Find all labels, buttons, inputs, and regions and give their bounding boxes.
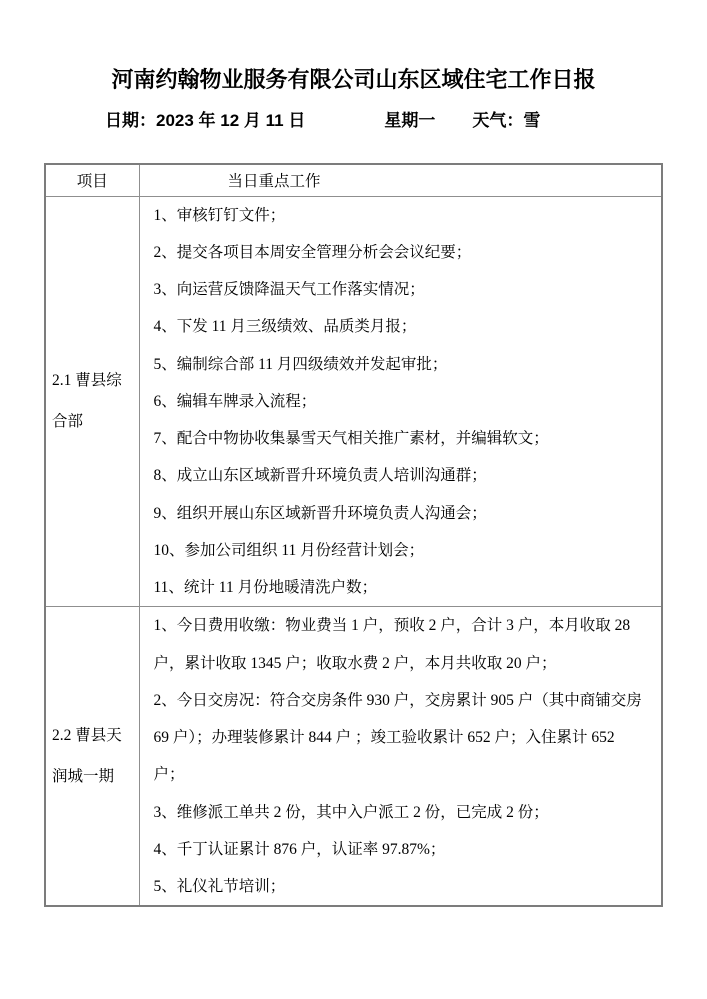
table-header-row: 项目 当日重点工作 [45, 164, 662, 196]
work-item: 2、提交各项目本周安全管理分析会会议纪要； [154, 234, 650, 271]
work-cell: 1、今日费用收缴：物业费当 1 户，预收 2 户，合计 3 户，本月收取 28 … [139, 607, 662, 907]
date-line: 日期：2023 年 12 月 11 日星期一天气：雪 [105, 109, 707, 133]
project-cell: 2.2 曹县天润城一期 [45, 607, 139, 907]
work-item: 4、下发 11 月三级绩效、品质类月报； [154, 308, 650, 345]
daily-report-table: 项目 当日重点工作 2.1 曹县综合部1、审核钉钉文件；2、提交各项目本周安全管… [44, 163, 663, 907]
work-item: 2、今日交房况：符合交房条件 930 户，交房累计 905 户（其中商铺交房 6… [154, 682, 650, 794]
work-item: 5、礼仪礼节培训； [154, 868, 650, 905]
work-item: 8、成立山东区域新晋升环境负责人培训沟通群； [154, 457, 650, 494]
work-item: 1、今日费用收缴：物业费当 1 户，预收 2 户，合计 3 户，本月收取 28 … [154, 607, 650, 682]
work-item: 7、配合中物协收集暴雪天气相关推广素材，并编辑软文； [154, 420, 650, 457]
project-cell: 2.1 曹县综合部 [45, 196, 139, 607]
work-item: 11、统计 11 月份地暖清洗户数； [154, 569, 650, 606]
date-label: 日期：2023 年 12 月 11 日 [105, 111, 305, 130]
report-table-rows: 2.1 曹县综合部1、审核钉钉文件；2、提交各项目本周安全管理分析会会议纪要；3… [45, 196, 662, 906]
weekday-label: 星期一 [384, 111, 435, 130]
page-title: 河南约翰物业服务有限公司山东区域住宅工作日报 [0, 64, 707, 96]
header-project: 项目 [45, 164, 139, 196]
work-item: 3、维修派工单共 2 份，其中入户派工 2 份，已完成 2 份； [154, 794, 650, 831]
report-page: { "page": { "title": "河南约翰物业服务有限公司山东区域住宅… [0, 0, 707, 999]
header-work: 当日重点工作 [139, 164, 662, 196]
table-row: 2.1 曹县综合部1、审核钉钉文件；2、提交各项目本周安全管理分析会会议纪要；3… [45, 196, 662, 607]
work-cell: 1、审核钉钉文件；2、提交各项目本周安全管理分析会会议纪要；3、向运营反馈降温天… [139, 196, 662, 607]
weather-label: 天气：雪 [472, 111, 540, 130]
work-item: 10、参加公司组织 11 月份经营计划会； [154, 532, 650, 569]
work-item: 5、编制综合部 11 月四级绩效并发起审批； [154, 346, 650, 383]
work-item: 9、组织开展山东区域新晋升环境负责人沟通会； [154, 495, 650, 532]
table-row: 2.2 曹县天润城一期1、今日费用收缴：物业费当 1 户，预收 2 户，合计 3… [45, 607, 662, 907]
work-item: 1、审核钉钉文件； [154, 197, 650, 234]
work-item: 6、编辑车牌录入流程； [154, 383, 650, 420]
work-item: 3、向运营反馈降温天气工作落实情况； [154, 271, 650, 308]
work-item: 4、千丁认证累计 876 户，认证率 97.87%； [154, 831, 650, 868]
